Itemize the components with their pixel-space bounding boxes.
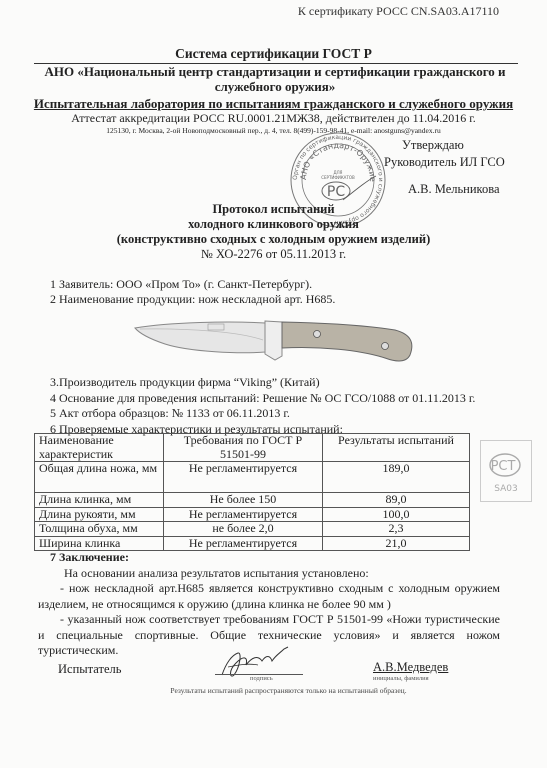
item-sampling-act: 5 Акт отбора образцов: № 1133 от 06.11.2… [50, 406, 475, 422]
conclusion-heading: 7 Заключение: [38, 550, 500, 566]
certificate-reference: К сертификату РОСС CN.SA03.A17110 [0, 4, 547, 19]
cell-result: 2,3 [323, 522, 470, 537]
signature-label: подпись [250, 675, 273, 682]
protocol-line-1: Протокол испытаний [0, 202, 547, 217]
cell-requirement: Не регламентируется [164, 507, 323, 522]
cell-requirement: не более 2,0 [164, 522, 323, 537]
table-row: Толщина обуха, мм не более 2,0 2,3 [35, 522, 470, 537]
approver-name: А.В. Мельникова [408, 182, 500, 197]
conclusion-point-1: - нож нескладной арт.Н685 является конст… [38, 581, 500, 612]
cell-characteristic: Ширина клинка [35, 536, 164, 551]
cell-result: 100,0 [323, 507, 470, 522]
footnote: Результаты испытаний распространяются то… [0, 686, 547, 695]
address-line: 125130, г. Москва, 2-ой Новоподмосковный… [0, 126, 547, 135]
org-line-1: АНО «Национальный центр стандартизации и… [30, 64, 520, 79]
approver-role: Руководитель ИЛ ГСО [384, 155, 505, 170]
cell-requirement: Не более 150 [164, 493, 323, 508]
accreditation: Аттестат аккредитации РОСС RU.0001.21МЖ3… [0, 111, 547, 126]
header-result: Результаты испытаний [323, 434, 470, 462]
item-product-name: 2 Наименование продукции: нож нескладной… [50, 292, 335, 307]
cell-requirement: Не регламентируется [164, 536, 323, 551]
item-list-bottom: 3.Производитель продукции фирма “Viking”… [50, 375, 475, 437]
table-row: Общая длина ножа, мм Не регламентируется… [35, 462, 470, 493]
protocol-line-3: (конструктивно сходных с холодным оружие… [0, 232, 547, 247]
laboratory-title: Испытательная лаборатория по испытаниям … [0, 96, 547, 112]
conclusion-intro: На основании анализа результатов испытан… [38, 566, 500, 582]
conclusion-section: 7 Заключение: На основании анализа резул… [38, 550, 500, 659]
svg-text:PCT: PCT [491, 459, 516, 474]
cell-result: 189,0 [323, 462, 470, 493]
item-manufacturer: 3.Производитель продукции фирма “Viking”… [50, 375, 475, 391]
protocol-number: № ХО-2276 от 05.11.2013 г. [0, 247, 547, 262]
system-title: Система сертификации ГОСТ Р [0, 46, 547, 62]
table-row: Ширина клинка Не регламентируется 21,0 [35, 536, 470, 551]
item-applicant: 1 Заявитель: ООО «Пром То» (г. Санкт-Пет… [50, 277, 335, 292]
knife-photo-icon [130, 310, 420, 370]
protocol-title: Протокол испытаний холодного клинкового … [0, 202, 547, 262]
table-header-row: Наименование характеристик Требования по… [35, 434, 470, 462]
cell-characteristic: Толщина обуха, мм [35, 522, 164, 537]
cell-characteristic: Длина рукояти, мм [35, 507, 164, 522]
svg-text:СЕРТИФИКАТОВ: СЕРТИФИКАТОВ [321, 175, 355, 180]
tester-name-label: инициалы, фамилия [373, 675, 429, 682]
table-row: Длина рукояти, мм Не регламентируется 10… [35, 507, 470, 522]
tester-role: Испытатель [58, 662, 121, 677]
organization-name: АНО «Национальный центр стандартизации и… [30, 64, 520, 94]
cell-result: 89,0 [323, 493, 470, 508]
svg-text:PC: PC [327, 184, 345, 200]
cell-characteristic: Общая длина ножа, мм [35, 462, 164, 493]
item-list-top: 1 Заявитель: ООО «Пром То» (г. Санкт-Пет… [50, 277, 335, 307]
header-requirement: Требования по ГОСТ Р 51501-99 [164, 434, 323, 462]
approve-label: Утверждаю [402, 138, 464, 153]
svg-text:SA03: SA03 [494, 484, 518, 494]
results-table: Наименование характеристик Требования по… [34, 433, 470, 551]
cell-result: 21,0 [323, 536, 470, 551]
item-test-basis: 4 Основание для проведения испытаний: Ре… [50, 391, 475, 407]
certification-mark-icon: PCT SA03 [480, 440, 532, 502]
table-row: Длина клинка, мм Не более 150 89,0 [35, 493, 470, 508]
cell-characteristic: Длина клинка, мм [35, 493, 164, 508]
protocol-line-2: холодного клинкового оружия [0, 217, 547, 232]
org-line-2: служебного оружия» [30, 79, 520, 94]
header-characteristic: Наименование характеристик [35, 434, 164, 462]
tester-name: А.В.Медведев [373, 660, 448, 675]
cell-requirement: Не регламентируется [164, 462, 323, 493]
